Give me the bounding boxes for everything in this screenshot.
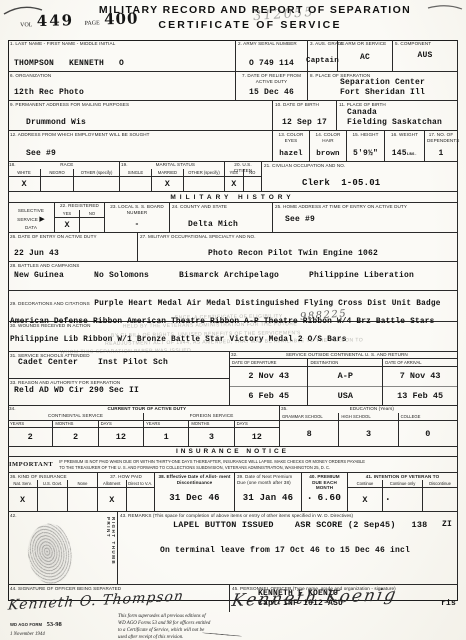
field-marital-status: 19.MARITAL STATUS SINGLE MARRIEDX OTHER … — [120, 162, 225, 192]
field-organization-label: 6. ORGANIZATION — [10, 73, 233, 79]
direct-va-mark — [127, 488, 155, 511]
allotment-header: Allotment — [98, 480, 126, 488]
overseas-departure-2: 6 Feb 45 — [230, 387, 307, 406]
field-organization: 6. ORGANIZATION 12th Rec Photo — [8, 72, 236, 101]
field-education: 35.EDUCATION (Years) GRAMMAR SCHOOL8 HIG… — [280, 406, 458, 447]
field-entry-date-value: 22 Jun 43 — [14, 249, 59, 258]
marital-single-mark — [120, 177, 151, 191]
field-relief-date: 7. DATE OF RELIEF FROM ACTIVE DUTY 15 De… — [236, 72, 308, 101]
field-relief-date-value: 15 Dec 46 — [236, 88, 307, 97]
field-board-number-value: - — [105, 220, 169, 229]
cont-months-header: MONTHS — [53, 420, 97, 428]
field-arm-service-label: 4. ARM OR SERVICE — [340, 41, 390, 47]
cont-years-header: YEARS — [8, 420, 52, 428]
field-dependents-label: 17. NO. OF DEPENDENTS — [427, 132, 455, 143]
field-birth-place: 11. PLACE OF BIRTH CanadaFielding Saskat… — [337, 101, 458, 131]
premium-due-value: • 6.60 — [302, 492, 347, 503]
marital-married-mark: X — [152, 177, 183, 191]
field-name: 1. LAST NAME - FIRST NAME - MIDDLE INITI… — [8, 40, 236, 72]
citizen-no-mark — [244, 177, 262, 191]
for-days-header: DAYS — [235, 420, 279, 428]
field-hair-color: 14. COLOR HAIR brown — [310, 131, 347, 162]
marital-other-label: OTHER (specify) — [184, 169, 224, 177]
remarks-line2: On terminal leave from 17 Oct 46 to 15 D… — [160, 546, 410, 555]
marital-other-mark — [184, 177, 224, 191]
field-birth-date-label: 10. DATE OF BIRTH — [275, 102, 334, 108]
registered-no-mark — [80, 218, 104, 232]
for-months-value: 3 — [189, 428, 233, 446]
field-component-label: 5. COMPONENT — [395, 41, 455, 47]
page-label: PAGE — [85, 20, 100, 26]
field-eye-color-value: hazel — [273, 150, 309, 158]
marital-single-label: SINGLE — [120, 169, 151, 177]
field-current-tour: 34.CURRENT TOUR OF ACTIVE DUTY CONTINENT… — [8, 406, 280, 447]
field-marital-title: MARITAL STATUS — [128, 162, 223, 168]
for-months-header: MONTHS — [189, 420, 233, 428]
insurance-important-notice: IMPORTANT IF PREMIUM IS NOT PAID WHEN DU… — [8, 457, 458, 473]
continue-header: Continue — [348, 480, 382, 488]
page-number: 400 — [104, 9, 139, 28]
overseas-departure-1: 2 Nov 43 — [230, 367, 307, 387]
field-weight: 16. WEIGHT 145LBS. — [385, 131, 425, 162]
field-service-schools-value: Cadet Center Inst Pilot Sch — [18, 358, 168, 367]
field-permanent-address: 9. PERMANENT ADDRESS FOR MAILING PURPOSE… — [8, 101, 273, 131]
field-birth-date-value: 12 Sep 17 — [273, 118, 336, 127]
field-birth-date: 10. DATE OF BIRTH 12 Sep 17 — [273, 101, 337, 131]
field-birth-place-label: 11. PLACE OF BIRTH — [339, 102, 455, 108]
field-mos: 27. MILITARY OCCUPATIONAL SPECIALTY AND … — [138, 233, 458, 262]
field-separation-place-value: Separation CenterFort Sheridan Ill — [308, 78, 457, 98]
field-entry-date-label: 26. DATE OF ENTRY ON ACTIVE DUTY — [10, 234, 135, 240]
field-home-address-entry-label: 25. HOME ADDRESS AT TIME OF ENTRY ON ACT… — [275, 204, 455, 210]
field-name-value: THOMPSON KENNETH O — [14, 59, 124, 68]
for-years-header: YEARS — [144, 420, 188, 428]
form-date: 1 November 1944 — [10, 631, 62, 638]
how-paid-label: 37. HOW PAID — [98, 473, 154, 480]
field-relief-date-label: 7. DATE OF RELIEF FROM ACTIVE DUTY — [238, 73, 305, 84]
college-value: 0 — [399, 421, 457, 446]
overseas-arrival-1: 7 Nov 43 — [383, 367, 457, 387]
field-separation-place: 8. PLACE OF SEPARATION Separation Center… — [308, 72, 458, 101]
allotment-mark: X — [98, 488, 126, 511]
field-registered: 22. REGISTERED YESX NO — [55, 203, 105, 233]
field-personnel-officer: 45. PERSONNEL OFFICER (Type name, grade … — [230, 585, 458, 612]
us-govt-mark — [38, 488, 67, 511]
section-insurance-notice: INSURANCE NOTICE — [8, 447, 458, 457]
field-civilian-occupation-value: Clerk 1-05.01 — [302, 178, 380, 188]
field-separation-reason: 33. REASON AND AUTHORITY FOR SEPARATION … — [8, 379, 230, 406]
college-header: COLLEGE — [399, 413, 457, 421]
field-employment-address-label: 12. ADDRESS FROM WHICH EMPLOYMENT WILL B… — [10, 132, 270, 138]
field-premium-due: 40. PREMIUM DUE EACH MONTH • 6.60 — [302, 473, 348, 512]
field-allotment-discontinue-date: 38. Effective Date of Allot- ment Discon… — [155, 473, 235, 512]
continue-only-mark: • — [383, 488, 422, 511]
for-days-value: 12 — [235, 428, 279, 446]
form-number-label: WD AGO FORM — [10, 622, 42, 627]
field-decorations-label: 29. DECORATIONS AND CITATIONS — [10, 301, 90, 306]
field-overseas-service: 32.SERVICE OUTSIDE CONTINENTAL U. S. AND… — [230, 352, 458, 406]
race-white-mark: X — [8, 177, 40, 191]
thumbprint-image — [21, 520, 78, 589]
foreign-service-header: FOREIGN SERVICE — [143, 413, 279, 420]
field-component: 5. COMPONENT AUS — [393, 40, 458, 72]
field-citizen: 20. U.S. CITIZEN YESX NO — [225, 162, 262, 192]
field-serial-number-label: 2. ARMY SERIAL NUMBER — [238, 41, 305, 47]
field-grade-label: 3. AUS. GRADE — [310, 41, 335, 47]
field-board-number: 23. LOCAL S. S. BOARD NUMBER - — [105, 203, 170, 233]
field-employment-address: 12. ADDRESS FROM WHICH EMPLOYMENT WILL B… — [8, 131, 273, 162]
field-height-value: 5'9½" — [347, 149, 384, 158]
cont-months-value: 2 — [53, 428, 97, 446]
allotment-date-value: 31 Dec 46 — [155, 493, 234, 503]
field-mos-value: Photo Recon Pilot Twin Engine 1062 — [208, 249, 378, 258]
citizen-yes-mark: X — [225, 177, 243, 191]
premium-due-label: 40. PREMIUM DUE EACH MONTH — [304, 474, 345, 491]
race-white-label: WHITE — [8, 169, 40, 177]
field-separation-reason-value: Reld AD WD Cir 290 Sec II — [14, 386, 139, 395]
field-birth-place-value: CanadaFielding Saskatchan — [337, 108, 457, 128]
next-premium-label: 39. Date of Next Premium Due (one month … — [237, 474, 299, 485]
race-negro-mark — [41, 177, 73, 191]
officer-signature-script: Kenneth O. Thompson — [7, 588, 185, 613]
vol-number: 449 — [37, 11, 75, 30]
field-battles: 28. BATTLES AND CAMPAIGNS New Guinea No … — [8, 262, 458, 291]
field-arm-service-value: AC — [338, 53, 392, 62]
field-permanent-address-value: Drummond Wis — [26, 118, 86, 127]
selective-service-label: SELECTIVESERVICE ▶DATA — [10, 204, 52, 232]
field-serial-number-value: O 749 114 — [236, 59, 307, 68]
nat-serv-mark: X — [8, 488, 37, 511]
high-school-value: 3 — [339, 421, 397, 446]
citizen-yes-label: YES — [225, 169, 243, 177]
field-separation-reason-label: 33. REASON AND AUTHORITY FOR SEPARATION — [10, 380, 227, 386]
overseas-destination-1: A-P — [308, 367, 382, 387]
remarks-line1: LAPEL BUTTON ISSUED ASR SCORE (2 Sep45) … — [173, 520, 427, 530]
field-next-premium-date: 39. Date of Next Premium Due (one month … — [235, 473, 302, 512]
education-num: 35. — [281, 406, 288, 412]
field-permanent-address-label: 9. PERMANENT ADDRESS FOR MAILING PURPOSE… — [10, 102, 270, 108]
field-battles-value: New Guinea No Solomons Bismarck Archipel… — [14, 271, 414, 280]
field-height: 15. HEIGHT 5'9½" — [347, 131, 385, 162]
race-other-label: OTHER (specify) — [74, 169, 119, 177]
intention-label: 41. INTENTION OF VETERAN TO — [348, 473, 457, 480]
direct-va-header: Direct to V.A. — [127, 480, 155, 488]
field-overseas-num: 32. — [231, 352, 238, 358]
field-weight-label: 16. WEIGHT — [387, 132, 422, 138]
field-mos-label: 27. MILITARY OCCUPATIONAL SPECIALTY AND … — [140, 234, 455, 240]
section-military-history: MILITARY HISTORY — [8, 192, 458, 203]
remarks-zi: ZI — [442, 520, 452, 529]
field-arm-service: 4. ARM OR SERVICE AC — [338, 40, 393, 72]
eligibility-stamp: ENCE, A CERTIFICATE OF ELIGIBILITY HELD … — [115, 311, 364, 356]
field-name-label: 1. LAST NAME - FIRST NAME - MIDDLE INITI… — [10, 41, 233, 47]
field-entry-date: 26. DATE OF ENTRY ON ACTIVE DUTY 22 Jun … — [8, 233, 138, 262]
cont-days-value: 12 — [99, 428, 143, 446]
citizen-no-label: NO — [244, 169, 262, 177]
field-height-label: 15. HEIGHT — [349, 132, 382, 138]
field-kind-of-insurance: 36. KIND OF INSURANCE Nat. Serv.X U.S. G… — [8, 473, 98, 512]
grammar-school-header: GRAMMAR SCHOOL — [280, 413, 338, 421]
selective-arrow-icon: ▶ — [39, 216, 44, 223]
next-premium-value: 31 Jan 46 — [235, 493, 301, 503]
overseas-departure-header: DATE OF DEPARTURE — [230, 359, 307, 367]
continue-only-header: Continue only — [383, 480, 422, 488]
registered-yes-mark: X — [55, 218, 79, 232]
field-civilian-occupation: 21. CIVILIAN OCCUPATION AND NO. Clerk 1-… — [262, 162, 458, 192]
cont-years-value: 2 — [8, 428, 52, 446]
field-registered-label: 22. REGISTERED — [55, 203, 104, 209]
discontinue-header: Discontinue — [423, 480, 457, 488]
for-years-value: 1 — [144, 428, 188, 446]
field-marital-num: 19. — [121, 162, 128, 168]
vol-label: VOL — [20, 22, 32, 28]
nat-serv-header: Nat. Serv. — [8, 480, 37, 488]
marital-married-label: MARRIED — [152, 169, 183, 177]
current-tour-title: CURRENT TOUR OF ACTIVE DUTY — [16, 406, 278, 412]
overseas-arrival-2: 13 Feb 45 — [383, 387, 457, 406]
discontinue-mark — [423, 488, 457, 511]
personnel-officer-ris: ris — [441, 599, 456, 608]
field-grade-value: Captain — [306, 57, 339, 65]
cont-days-header: DAYS — [99, 420, 143, 428]
us-govt-header: U.S. Govt. — [38, 480, 67, 488]
important-text: IF PREMIUM IS NOT PAID WHEN DUE OR WITHI… — [55, 457, 367, 472]
field-county-state: 24. COUNTY AND STATE Delta Mich — [170, 203, 273, 233]
allotment-date-label: 38. Effective Date of Allot- ment Discon… — [157, 474, 232, 485]
remarks-label: 43. REMARKS (This space for completion o… — [120, 513, 455, 519]
high-school-header: HIGH SCHOOL — [339, 413, 397, 421]
field-how-paid: 37. HOW PAID AllotmentX Direct to V.A. — [98, 473, 155, 512]
form-number-block: WD AGO FORM 53-98 1 November 1944 — [10, 613, 62, 638]
scanned-separation-form: MILITARY RECORD AND REPORT OF SEPARATION… — [0, 0, 466, 640]
field-officer-signature: 44. SIGNATURE OF OFFICER BEING SEPARATED… — [8, 585, 230, 612]
field-component-value: AUS — [393, 51, 457, 60]
field-hair-color-label: 14. COLOR HAIR — [312, 132, 344, 143]
field-home-address-entry: 25. HOME ADDRESS AT TIME OF ENTRY ON ACT… — [273, 203, 458, 233]
none-header: None — [68, 480, 97, 488]
field-organization-value: 12th Rec Photo — [14, 88, 84, 97]
field-hair-color-value: brown — [310, 150, 346, 158]
overseas-destination-2: USA — [308, 387, 382, 406]
education-title: EDUCATION (Years) — [288, 406, 456, 412]
continental-service-header: CONTINENTAL SERVICE — [8, 413, 143, 420]
overseas-destination-header: DESTINATION — [308, 359, 382, 367]
field-home-address-entry-value: See #9 — [285, 215, 315, 224]
continue-mark: X — [348, 488, 382, 511]
field-county-state-value: Delta Mich — [188, 220, 238, 229]
vol-page-stamp: VOL 449 PAGE 400 — [20, 9, 139, 31]
thumb-print-box: 42. RIGHT THUMB PRINT — [8, 512, 118, 585]
field-serial-number: 2. ARMY SERIAL NUMBER O 749 114 — [236, 40, 308, 72]
important-label: IMPORTANT — [8, 457, 55, 472]
registered-no-label: NO — [80, 210, 104, 218]
field-board-number-label: 23. LOCAL S. S. BOARD NUMBER — [107, 204, 167, 215]
thumb-print-num: 42. — [10, 513, 115, 519]
field-race-title: RACE — [16, 162, 118, 168]
field-civilian-occupation-label: 21. CIVILIAN OCCUPATION AND NO. — [264, 163, 455, 169]
thumb-print-vertical-label: RIGHT THUMB PRINT — [106, 517, 116, 584]
field-eye-color: 13. COLOR EYES hazel — [273, 131, 310, 162]
field-weight-value: 145LBS. — [385, 149, 424, 158]
field-eye-color-label: 13. COLOR EYES — [275, 132, 307, 143]
race-other-mark — [74, 177, 119, 191]
field-county-state-label: 24. COUNTY AND STATE — [172, 204, 270, 210]
field-service-schools: 31. SERVICE SCHOOLS ATTENDED Cadet Cente… — [8, 352, 230, 379]
selective-service-data: SELECTIVESERVICE ▶DATA — [8, 203, 55, 233]
field-race-num: 18. — [9, 162, 16, 168]
registered-yes-label: YES — [55, 210, 79, 218]
field-remarks: 43. REMARKS (This space for completion o… — [118, 512, 458, 585]
field-grade: 3. AUS. GRADE Captain — [308, 40, 338, 72]
field-battles-label: 28. BATTLES AND CAMPAIGNS — [10, 263, 455, 269]
footer-note: This form supersedes all previous editio… — [118, 613, 308, 640]
field-dependents-value: 1 — [425, 149, 457, 158]
grammar-school-value: 8 — [280, 421, 338, 446]
field-veteran-intention: 41. INTENTION OF VETERAN TO ContinueX Co… — [348, 473, 458, 512]
overseas-arrival-header: DATE OF ARRIVAL — [383, 359, 457, 367]
field-employment-address-value: See #9 — [26, 149, 56, 158]
form-number-value: 53-98 — [47, 621, 62, 628]
race-negro-label: NEGRO — [41, 169, 73, 177]
field-race: 18.RACE WHITEX NEGRO OTHER (specify) — [8, 162, 120, 192]
field-dependents: 17. NO. OF DEPENDENTS 1 — [425, 131, 458, 162]
field-overseas-title: SERVICE OUTSIDE CONTINENTAL U. S. AND RE… — [238, 352, 456, 358]
current-tour-num: 34. — [9, 406, 16, 412]
none-mark — [68, 488, 97, 511]
